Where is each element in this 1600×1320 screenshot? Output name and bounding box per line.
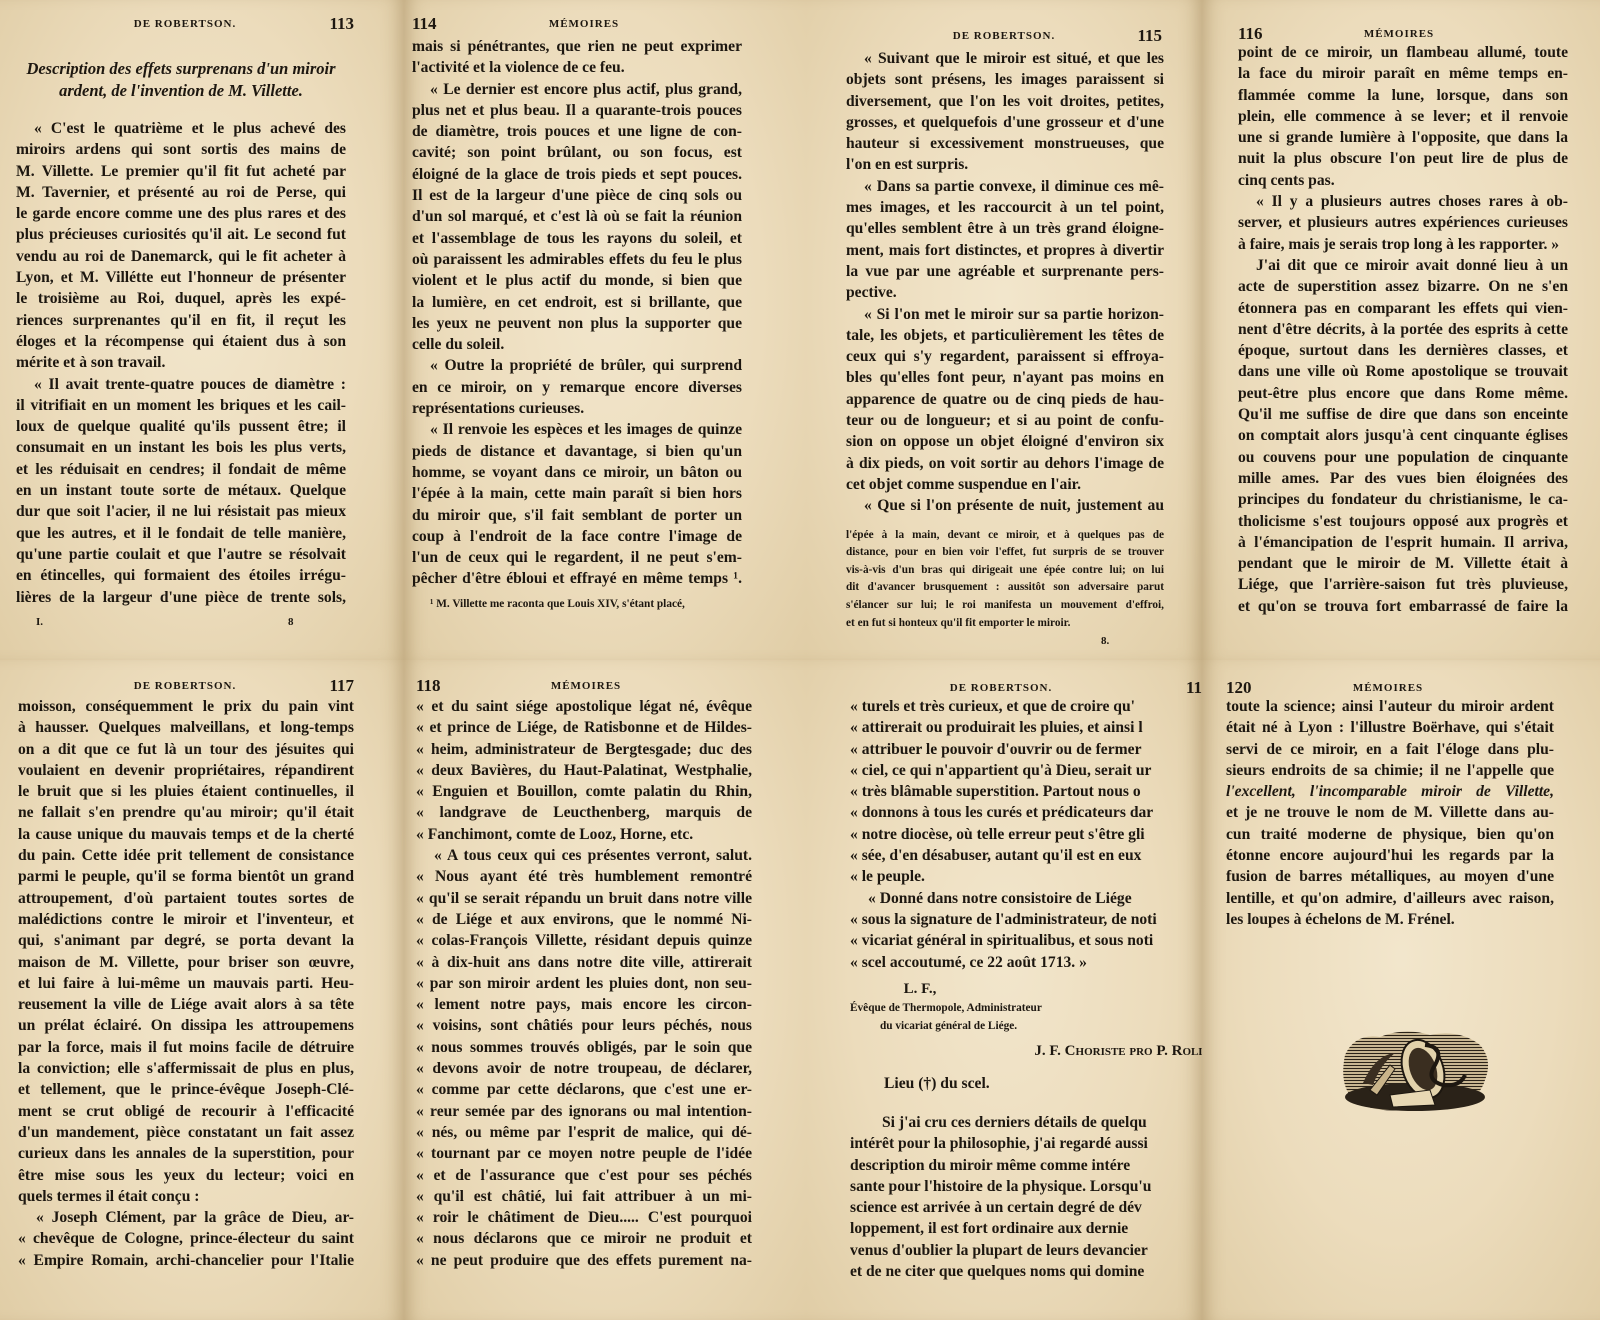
text-line: ment, mais fort distinctes, et propres à… xyxy=(846,240,1164,261)
text-line: « Enguien et Bouillon, comte palatin du … xyxy=(416,781,752,802)
text-line: « ciel, ce qui n'appartient qu'à Dieu, s… xyxy=(850,760,1202,781)
text-line: « donnons à tous les curés et prédicateu… xyxy=(850,802,1202,823)
signature-title: du vicariat général de Liége. xyxy=(850,1018,1202,1036)
running-head: DE ROBERTSON. xyxy=(16,18,354,30)
text-line: sion on oppose un objet éloigné d'enviro… xyxy=(846,431,1164,452)
page-113: DE ROBERTSON. 113 Description des effets… xyxy=(0,0,404,660)
text-line: fusion de barres métalliques, au moyen d… xyxy=(1226,866,1554,887)
text-line: « turels et très curieux, et que de croi… xyxy=(850,696,1202,717)
text-line: sante pour l'histoire de la physique. Lo… xyxy=(850,1176,1202,1197)
text-line: en un instant toute sorte de métaux. Que… xyxy=(16,480,346,501)
text-line: il vitrifiait en un moment les briques e… xyxy=(16,395,346,416)
signature-initials: L. F., xyxy=(850,979,990,1000)
text-line: une si grande lumière à l'opposite, que … xyxy=(1238,127,1568,148)
text-line: Si j'ai cru ces derniers détails de quel… xyxy=(850,1112,1202,1133)
scanned-book-spread: DE ROBERTSON. 113 Description des effets… xyxy=(0,0,1600,1320)
text-line: pieds de distance et davantage, si bien … xyxy=(412,441,742,462)
text-line: quels termes il était conçu : xyxy=(18,1186,354,1207)
running-head: MÉMOIRES xyxy=(1226,682,1550,694)
footnote-line: et en fut si honteux qu'il fit emporter … xyxy=(846,615,1164,633)
text-line: en étincelles, qui formaient des étoiles… xyxy=(16,565,346,586)
text-line: nent d'être décrits, à la portée des esp… xyxy=(1238,319,1568,340)
text-line: « Si l'on met le miroir sur sa partie ho… xyxy=(846,304,1164,325)
text-line: où paraissent les admirables effets du f… xyxy=(412,249,742,270)
page-number: 117 xyxy=(329,676,354,696)
text-line: teur ou de longueur; et si au point de c… xyxy=(846,410,1164,431)
text-line: la lumière, en cet endroit, est si brill… xyxy=(412,292,742,313)
clerk-signature: J. F. Choriste pro P. Rolli xyxy=(850,1041,1202,1062)
text-line: ne fallait s'en prendre qu'au miroir; qu… xyxy=(18,802,354,823)
running-header: 114 MÉMOIRES xyxy=(412,12,756,34)
text-line: Qu'il me suffise de dire que dans son en… xyxy=(1238,404,1568,425)
text-line: étonnera pas en comparant les effets qui… xyxy=(1238,298,1568,319)
text-line: lières de la largeur d'une pièce de tren… xyxy=(16,587,346,608)
text-line: grosses, et quelquefois d'une grosseur e… xyxy=(846,112,1164,133)
text-line: loux de quelque qualité qu'ils pussent ê… xyxy=(16,416,346,437)
text-line: consumait en un instant les bois les plu… xyxy=(16,437,346,458)
text-line: « nés, ou même par l'esprit de malice, q… xyxy=(416,1122,752,1143)
running-head: MÉMOIRES xyxy=(416,680,756,692)
text-line: représentations curieuses. xyxy=(412,398,742,419)
text-line: « attribuer le pouvoir d'ouvrir ou de fe… xyxy=(850,739,1202,760)
text-line: pendant que le miroir de M. Villette éta… xyxy=(1238,553,1568,574)
text-line: M. Villette. Le premier qu'il fit fut ac… xyxy=(16,161,346,182)
text-line: « à dix-huit ans dans notre dite ville, … xyxy=(416,952,752,973)
footnote-line: distance, pour en bien voir l'effet, fut… xyxy=(846,544,1164,562)
text-line: à hausser. Quelques malveillans, et long… xyxy=(18,717,354,738)
text-line: éloigné de la glace de trois pieds et se… xyxy=(412,164,742,185)
page-body: toute la science; ainsi l'auteur du miro… xyxy=(1226,696,1554,930)
text-line: « qu'il se serait répandu un bruit dans … xyxy=(416,888,752,909)
text-line: mais si pénétrantes, que rien ne peut ex… xyxy=(412,36,742,57)
text-line: « devons avoir de notre troupeau, de déc… xyxy=(416,1058,752,1079)
text-line: le garde encore comme une des plus rares… xyxy=(16,203,346,224)
text-line: toute la science; ainsi l'auteur du miro… xyxy=(1226,696,1554,717)
text-line: « Il avait trente-quatre pouces de diamè… xyxy=(16,374,346,395)
text-line: la cause unique du mauvais temps et de l… xyxy=(18,824,354,845)
text-line: qui, s'animant par degré, se porta devan… xyxy=(18,930,354,951)
text-line: « C'est le quatrième et le plus achevé d… xyxy=(16,118,346,139)
text-line: « Outre la propriété de brûler, qui surp… xyxy=(412,355,742,376)
text-line: violent et le plus actif du monde, si bi… xyxy=(412,270,742,291)
text-line: sieurs endroits de sa chimie; il ne l'ap… xyxy=(1226,760,1554,781)
text-line: du pain. Cette idée prit tellement de co… xyxy=(18,845,354,866)
running-head: MÉMOIRES xyxy=(412,18,756,30)
text-line: « notre diocèse, où telle erreur peut s'… xyxy=(850,824,1202,845)
text-line: et je ne trouve le nom de M. Villette da… xyxy=(1226,802,1554,823)
text-line: objets sont présens, les images paraisse… xyxy=(846,69,1164,90)
text-line: plein, elle commence à se lever; et il r… xyxy=(1238,106,1568,127)
text-line: « colas-François Villette, résidant depu… xyxy=(416,930,752,951)
sheet-signature: 8 xyxy=(288,616,294,628)
text-line: qu'une partie coulait et que l'autre se … xyxy=(16,544,346,565)
text-line: « nous sommes trouvés obligés, par le so… xyxy=(416,1037,752,1058)
text-line: « ne peut produire que des effets pureme… xyxy=(416,1250,752,1271)
text-line: Lyon, et M. Villétte eut l'honneur de pr… xyxy=(16,267,346,288)
text-line: à dix pieds, on voit sortir au dehors l'… xyxy=(846,453,1164,474)
text-line: l'on en est surpris. xyxy=(846,154,1164,175)
text-line: « de Liége et aux environs, que le nommé… xyxy=(416,909,752,930)
signature-title: Évêque de Thermopole, Administrateur xyxy=(850,1000,1202,1018)
text-line: « nous déclarons que ce miroir ne produi… xyxy=(416,1228,752,1249)
text-line: peut-être plus encore que dans Rome même… xyxy=(1238,383,1568,404)
text-line: la conviction; elle s'affermissait de pl… xyxy=(18,1058,354,1079)
text-line: on comptait alors jusqu'à cent cinquante… xyxy=(1238,425,1568,446)
text-line: « lement notre pays, mais encore les cir… xyxy=(416,994,752,1015)
text-line: miroirs ardens qui sont sortis des mains… xyxy=(16,139,346,160)
text-line: coup à l'endroit de la face contre l'ima… xyxy=(412,526,742,547)
footnote-line: l'épée à la main, devant ce miroir, et à… xyxy=(846,527,1164,545)
text-line: tholicisme s'est toujours opposé aux pro… xyxy=(1238,511,1568,532)
text-line: ou couvens pour une population de cinqua… xyxy=(1238,447,1568,468)
footnote-continued: l'épée à la main, devant ce miroir, et à… xyxy=(846,527,1164,633)
running-header: DE ROBERTSON. 113 xyxy=(16,12,354,34)
page-117: DE ROBERTSON. 117 moisson, conséquemment… xyxy=(0,660,404,1320)
text-line: Liége, que l'arrière-saison fut très plu… xyxy=(1238,574,1568,595)
page-body: mais si pénétrantes, que rien ne peut ex… xyxy=(412,36,742,613)
running-head: DE ROBERTSON. xyxy=(846,30,1162,42)
text-line: « sée, d'en désabuser, autant qu'il est … xyxy=(850,845,1202,866)
text-line: du miroir que, s'il fait semblant de por… xyxy=(412,505,742,526)
text-line: plus net et plus beau. Il a quarante-tro… xyxy=(412,100,742,121)
text-line: « le peuple. xyxy=(850,866,1202,887)
text-line: homme, se voyant dans ce miroir, un bâto… xyxy=(412,462,742,483)
text-line: le troisième au Roi, duquel, après les e… xyxy=(16,288,346,309)
text-line: que les autres, et il le fondait de tell… xyxy=(16,523,346,544)
title-line: ardent, de l'invention de M. Villette. xyxy=(16,80,346,102)
text-line: servi de ce miroir, en a fait l'éloge da… xyxy=(1226,739,1554,760)
text-line: ceux qui s'y regardent, paraissent si ef… xyxy=(846,346,1164,367)
text-line: nuit la plus obscure l'on peut lire de p… xyxy=(1238,148,1568,169)
text-line: « chevêque de Cologne, prince-électeur d… xyxy=(18,1228,354,1249)
page-118: 118 MÉMOIRES « et du saint siége apostol… xyxy=(404,660,806,1320)
text-line: un prélat éclairé. On dissipa les attrou… xyxy=(18,1015,354,1036)
page-body: « Suivant que le miroir est situé, et qu… xyxy=(846,48,1164,632)
text-line: par la force, mais il fut moins facile d… xyxy=(18,1037,354,1058)
page-body: point de ce miroir, un flambeau allumé, … xyxy=(1238,42,1568,617)
page-120: 120 MÉMOIRES toute la science; ainsi l'a… xyxy=(1202,660,1600,1320)
text-line: « sous la signature de l'administrateur,… xyxy=(850,909,1202,930)
text-line: « attirerait ou produirait les pluies, e… xyxy=(850,717,1202,738)
text-line: lentille, et qu'on admire, d'ailleurs av… xyxy=(1226,888,1554,909)
text-line: les loupes à échelons de M. Frénel. xyxy=(1226,909,1554,930)
text-line: « deux Bavières, du Haut-Palatinat, West… xyxy=(416,760,752,781)
text-line: vendu au roi de Danemarck, qui le fit ac… xyxy=(16,246,346,267)
text-line: mes images, et les raccourcit à un tel p… xyxy=(846,197,1164,218)
section-title: Description des effets surprenans d'un m… xyxy=(16,58,346,102)
footnote-line: dit d'avancer brusquement : aussitôt son… xyxy=(846,579,1164,597)
page-119: DE ROBERTSON. 11 « turels et très curieu… xyxy=(806,660,1202,1320)
sheet-signature: 8. xyxy=(1101,635,1109,647)
running-head: MÉMOIRES xyxy=(1238,28,1560,40)
text-line: « landgrave de Leucthenberg, marquis de xyxy=(416,802,752,823)
text-line: parmi le peuple, qu'il se forma bientôt … xyxy=(18,866,354,887)
running-header: 116 MÉMOIRES xyxy=(1238,22,1560,44)
text-line: « Dans sa partie convexe, il diminue ces… xyxy=(846,176,1164,197)
page-number: 115 xyxy=(1137,26,1162,46)
page-number: 113 xyxy=(329,14,354,34)
text-line: J'ai dit que ce miroir avait donné lieu … xyxy=(1238,255,1568,276)
text-line: étonne encore aujourd'hui les regards pa… xyxy=(1226,845,1554,866)
text-line: « Le dernier est encore plus actif, plus… xyxy=(412,79,742,100)
text-line: voulaient en devenir propriétaires, répa… xyxy=(18,760,354,781)
text-line: en ce miroir, on y remarque encore diver… xyxy=(412,377,742,398)
page-body: « turels et très curieux, et que de croi… xyxy=(850,696,1202,1282)
text-line: époque, surtout dans les dernières class… xyxy=(1238,340,1568,361)
text-line: être mise sous les yeux du lecteur; voic… xyxy=(18,1165,354,1186)
text-line: server, et plusieurs autres expériences … xyxy=(1238,212,1568,233)
page-115: DE ROBERTSON. 115 « Suivant que le miroi… xyxy=(806,0,1202,660)
text-line: « Donné dans notre consistoire de Liége xyxy=(850,888,1202,909)
text-line: « reur semée par des ignorans ou mal int… xyxy=(416,1101,752,1122)
text-line: l'un de ceux qui le regardent, il ne peu… xyxy=(412,547,742,568)
running-header: DE ROBERTSON. 11 xyxy=(850,676,1202,698)
text-line: cun traité moderne de physique, bien qu'… xyxy=(1226,824,1554,845)
text-line: Il est de la largeur d'une pièce de cinq… xyxy=(412,185,742,206)
text-line: mille ames. Par des vues bien éloignées … xyxy=(1238,468,1568,489)
text-line: « comme par cette déclarons, que c'est u… xyxy=(416,1079,752,1100)
text-line: mérite et à son travail. xyxy=(16,352,346,373)
text-line: intérêt pour la philosophie, j'ai regard… xyxy=(850,1133,1202,1154)
running-header: 120 MÉMOIRES xyxy=(1226,676,1550,698)
text-line: maison de M. Villette, pour briser son œ… xyxy=(18,952,354,973)
text-line: l'excellent, l'incomparable miroir de Vi… xyxy=(1226,781,1554,802)
text-line: diversement, que l'on les voit droites, … xyxy=(846,91,1164,112)
text-line: apparence de quatre ou de cinq pieds de … xyxy=(846,389,1164,410)
text-line: « qu'il est châtié, lui fait attribuer à… xyxy=(416,1186,752,1207)
text-line: et tellement, que le prince-évêque Josep… xyxy=(18,1079,354,1100)
text-line: « A tous ceux qui ces présentes verront,… xyxy=(416,845,752,866)
page-number: 11 xyxy=(1186,678,1202,698)
text-line: riences surprenantes qu'il en fit, il re… xyxy=(16,310,346,331)
text-line: « roir le châtiment de Dieu..... C'est p… xyxy=(416,1207,752,1228)
text-line: de diamètre, trois pouces et une ligne d… xyxy=(412,121,742,142)
text-line: cet objet comme suspendue en l'air. xyxy=(846,474,1164,495)
text-line: principes du fondateur du christianisme,… xyxy=(1238,489,1568,510)
text-line: « Joseph Clément, par la grâce de Dieu, … xyxy=(18,1207,354,1228)
text-line: l'activité et la violence de ce feu. xyxy=(412,57,742,78)
running-head: DE ROBERTSON. xyxy=(850,682,1152,694)
page-114: 114 MÉMOIRES mais si pénétrantes, que ri… xyxy=(404,0,806,660)
text-line: description du miroir même comme intére xyxy=(850,1155,1202,1176)
text-line: flammée comme la lune, lorsque, dans son xyxy=(1238,85,1568,106)
text-line: dur que soit l'acier, il ne lui résistai… xyxy=(16,501,346,522)
text-line: malédictions contre le miroir et l'inven… xyxy=(18,909,354,930)
volume-signature: I. xyxy=(36,616,43,628)
text-line: le bruit que si les pluies étaient conti… xyxy=(18,781,354,802)
text-line: « Il y a plusieurs autres choses rares à… xyxy=(1238,191,1568,212)
text-line: et lui faire à lui-même un mauvais parti… xyxy=(18,973,354,994)
text-line: et les réduisait en cendres; il fondait … xyxy=(16,459,346,480)
text-line: point de ce miroir, un flambeau allumé, … xyxy=(1238,42,1568,63)
text-line: tale, les objets, et particulièrement le… xyxy=(846,325,1164,346)
footnote-line: vis-à-vis d'un bras qui dirigeait une ép… xyxy=(846,562,1164,580)
text-line: « voisins, sont châtiés pour leurs péché… xyxy=(416,1015,752,1036)
text-line: plus précieuses curiosités qu'il ait. Le… xyxy=(16,224,346,245)
text-line: l'épée à la main, cette main paraît si b… xyxy=(412,483,742,504)
text-line: la face du miroir paraît en même temps e… xyxy=(1238,63,1568,84)
text-line: celle du soleil. xyxy=(412,334,742,355)
text-line: d'un sol marqué, et c'est là où se fait … xyxy=(412,206,742,227)
running-header: DE ROBERTSON. 117 xyxy=(16,674,354,696)
text-line: « Fanchimont, comte de Looz, Horne, etc. xyxy=(416,824,752,845)
text-line: reusement la ville de Liége avait alors … xyxy=(18,994,354,1015)
text-line: on a dit que ce fut là un tour des jésui… xyxy=(18,739,354,760)
seal-note: Lieu (†) du scel. xyxy=(850,1073,1202,1094)
engraved-vignette-icon xyxy=(1335,1025,1495,1115)
text-line: « par son miroir ardent les pluies dont,… xyxy=(416,973,752,994)
text-line: « et prince de Liége, de Ratisbonne et d… xyxy=(416,717,752,738)
page-body: moisson, conséquemment le prix du pain v… xyxy=(18,696,354,1271)
text-line: éloges et la récompense qui étaient dus … xyxy=(16,331,346,352)
text-line: à l'émancipation de l'esprit humain. Il … xyxy=(1238,532,1568,553)
text-line: « Nous ayant été très humblement remontr… xyxy=(416,866,752,887)
text-line: « Empire Romain, archi-chancelier pour l… xyxy=(18,1250,354,1271)
page-body: Description des effets surprenans d'un m… xyxy=(16,58,346,608)
text-line: pective. xyxy=(846,282,1164,303)
text-line: et qu'on se trouva fort embarrassé de fa… xyxy=(1238,596,1568,617)
text-line: « heim, administrateur de Bergtesgade; d… xyxy=(416,739,752,760)
text-line: pêcher d'être ébloui et effrayé en même … xyxy=(412,568,742,589)
title-line: Description des effets surprenans d'un m… xyxy=(16,58,346,80)
text-line: hauteur si excessivement monstrueuses, q… xyxy=(846,133,1164,154)
text-line: et de ne citer que quelques noms qui dom… xyxy=(850,1261,1202,1282)
text-line: « et du saint siége apostolique légat né… xyxy=(416,696,752,717)
text-line: curieux dans les annales de la superstit… xyxy=(18,1143,354,1164)
page-116: 116 MÉMOIRES point de ce miroir, un flam… xyxy=(1202,0,1600,660)
text-line: « vicariat général in spiritualibus, et … xyxy=(850,930,1202,951)
text-line: qu'elles semblent être à un très grand é… xyxy=(846,218,1164,239)
page-body: « et du saint siége apostolique légat né… xyxy=(416,696,752,1271)
text-line: science est arrivée à un certain degré d… xyxy=(850,1197,1202,1218)
footnote: ¹ M. Villette me raconta que Louis XIV, … xyxy=(412,596,742,614)
text-line: « Suivant que le miroir est situé, et qu… xyxy=(846,48,1164,69)
text-line: cinq cents pas. xyxy=(1238,170,1568,191)
text-line: M. Tavernier, et présenté au roi de Pers… xyxy=(16,182,346,203)
text-line: à faire, mais je serais trop long à les … xyxy=(1238,234,1568,255)
running-header: DE ROBERTSON. 115 xyxy=(846,24,1162,46)
text-line: venus d'oublier la plupart de leurs deva… xyxy=(850,1240,1202,1261)
text-line: « scel accoutumé, ce 22 août 1713. » xyxy=(850,952,1202,973)
text-line: cavité; son point brûlant, ou son focus,… xyxy=(412,142,742,163)
text-line: et l'assemblage de tous les rayons du so… xyxy=(412,228,742,249)
text-line: d'un mandement, pièce constatant un fait… xyxy=(18,1122,354,1143)
footnote-line: s'élancer sur lui; le roi manifesta un m… xyxy=(846,597,1164,615)
text-line: « et de l'assurance que c'est pour ses p… xyxy=(416,1165,752,1186)
text-line: bles qu'elles font peur, n'ayant pas moi… xyxy=(846,367,1164,388)
text-line: « Que si l'on présente de nuit, justemen… xyxy=(846,495,1164,516)
text-line: « tournant par ce moyen notre peuple de … xyxy=(416,1143,752,1164)
text-line: ment se crut obligé de recourir à l'effi… xyxy=(18,1101,354,1122)
text-line: dans une ville où Rome apostolique se tr… xyxy=(1238,361,1568,382)
running-header: 118 MÉMOIRES xyxy=(416,674,756,696)
running-head: DE ROBERTSON. xyxy=(16,680,354,692)
text-line: « très blâmable superstition. Partout no… xyxy=(850,781,1202,802)
text-line: les yeux ne peuvent non plus la supporte… xyxy=(412,313,742,334)
text-line: loppement, il est fort ordinaire aux der… xyxy=(850,1218,1202,1239)
text-line: acte de superstition assez bizarre. On n… xyxy=(1238,276,1568,297)
text-line: était né à Lyon : l'illustre Boërhave, q… xyxy=(1226,717,1554,738)
text-line: la vue par une agréable et surprenante p… xyxy=(846,261,1164,282)
text-line: attroupement, d'où partaient toutes sort… xyxy=(18,888,354,909)
text-line: « Il renvoie les espèces et les images d… xyxy=(412,419,742,440)
text-line: moisson, conséquemment le prix du pain v… xyxy=(18,696,354,717)
